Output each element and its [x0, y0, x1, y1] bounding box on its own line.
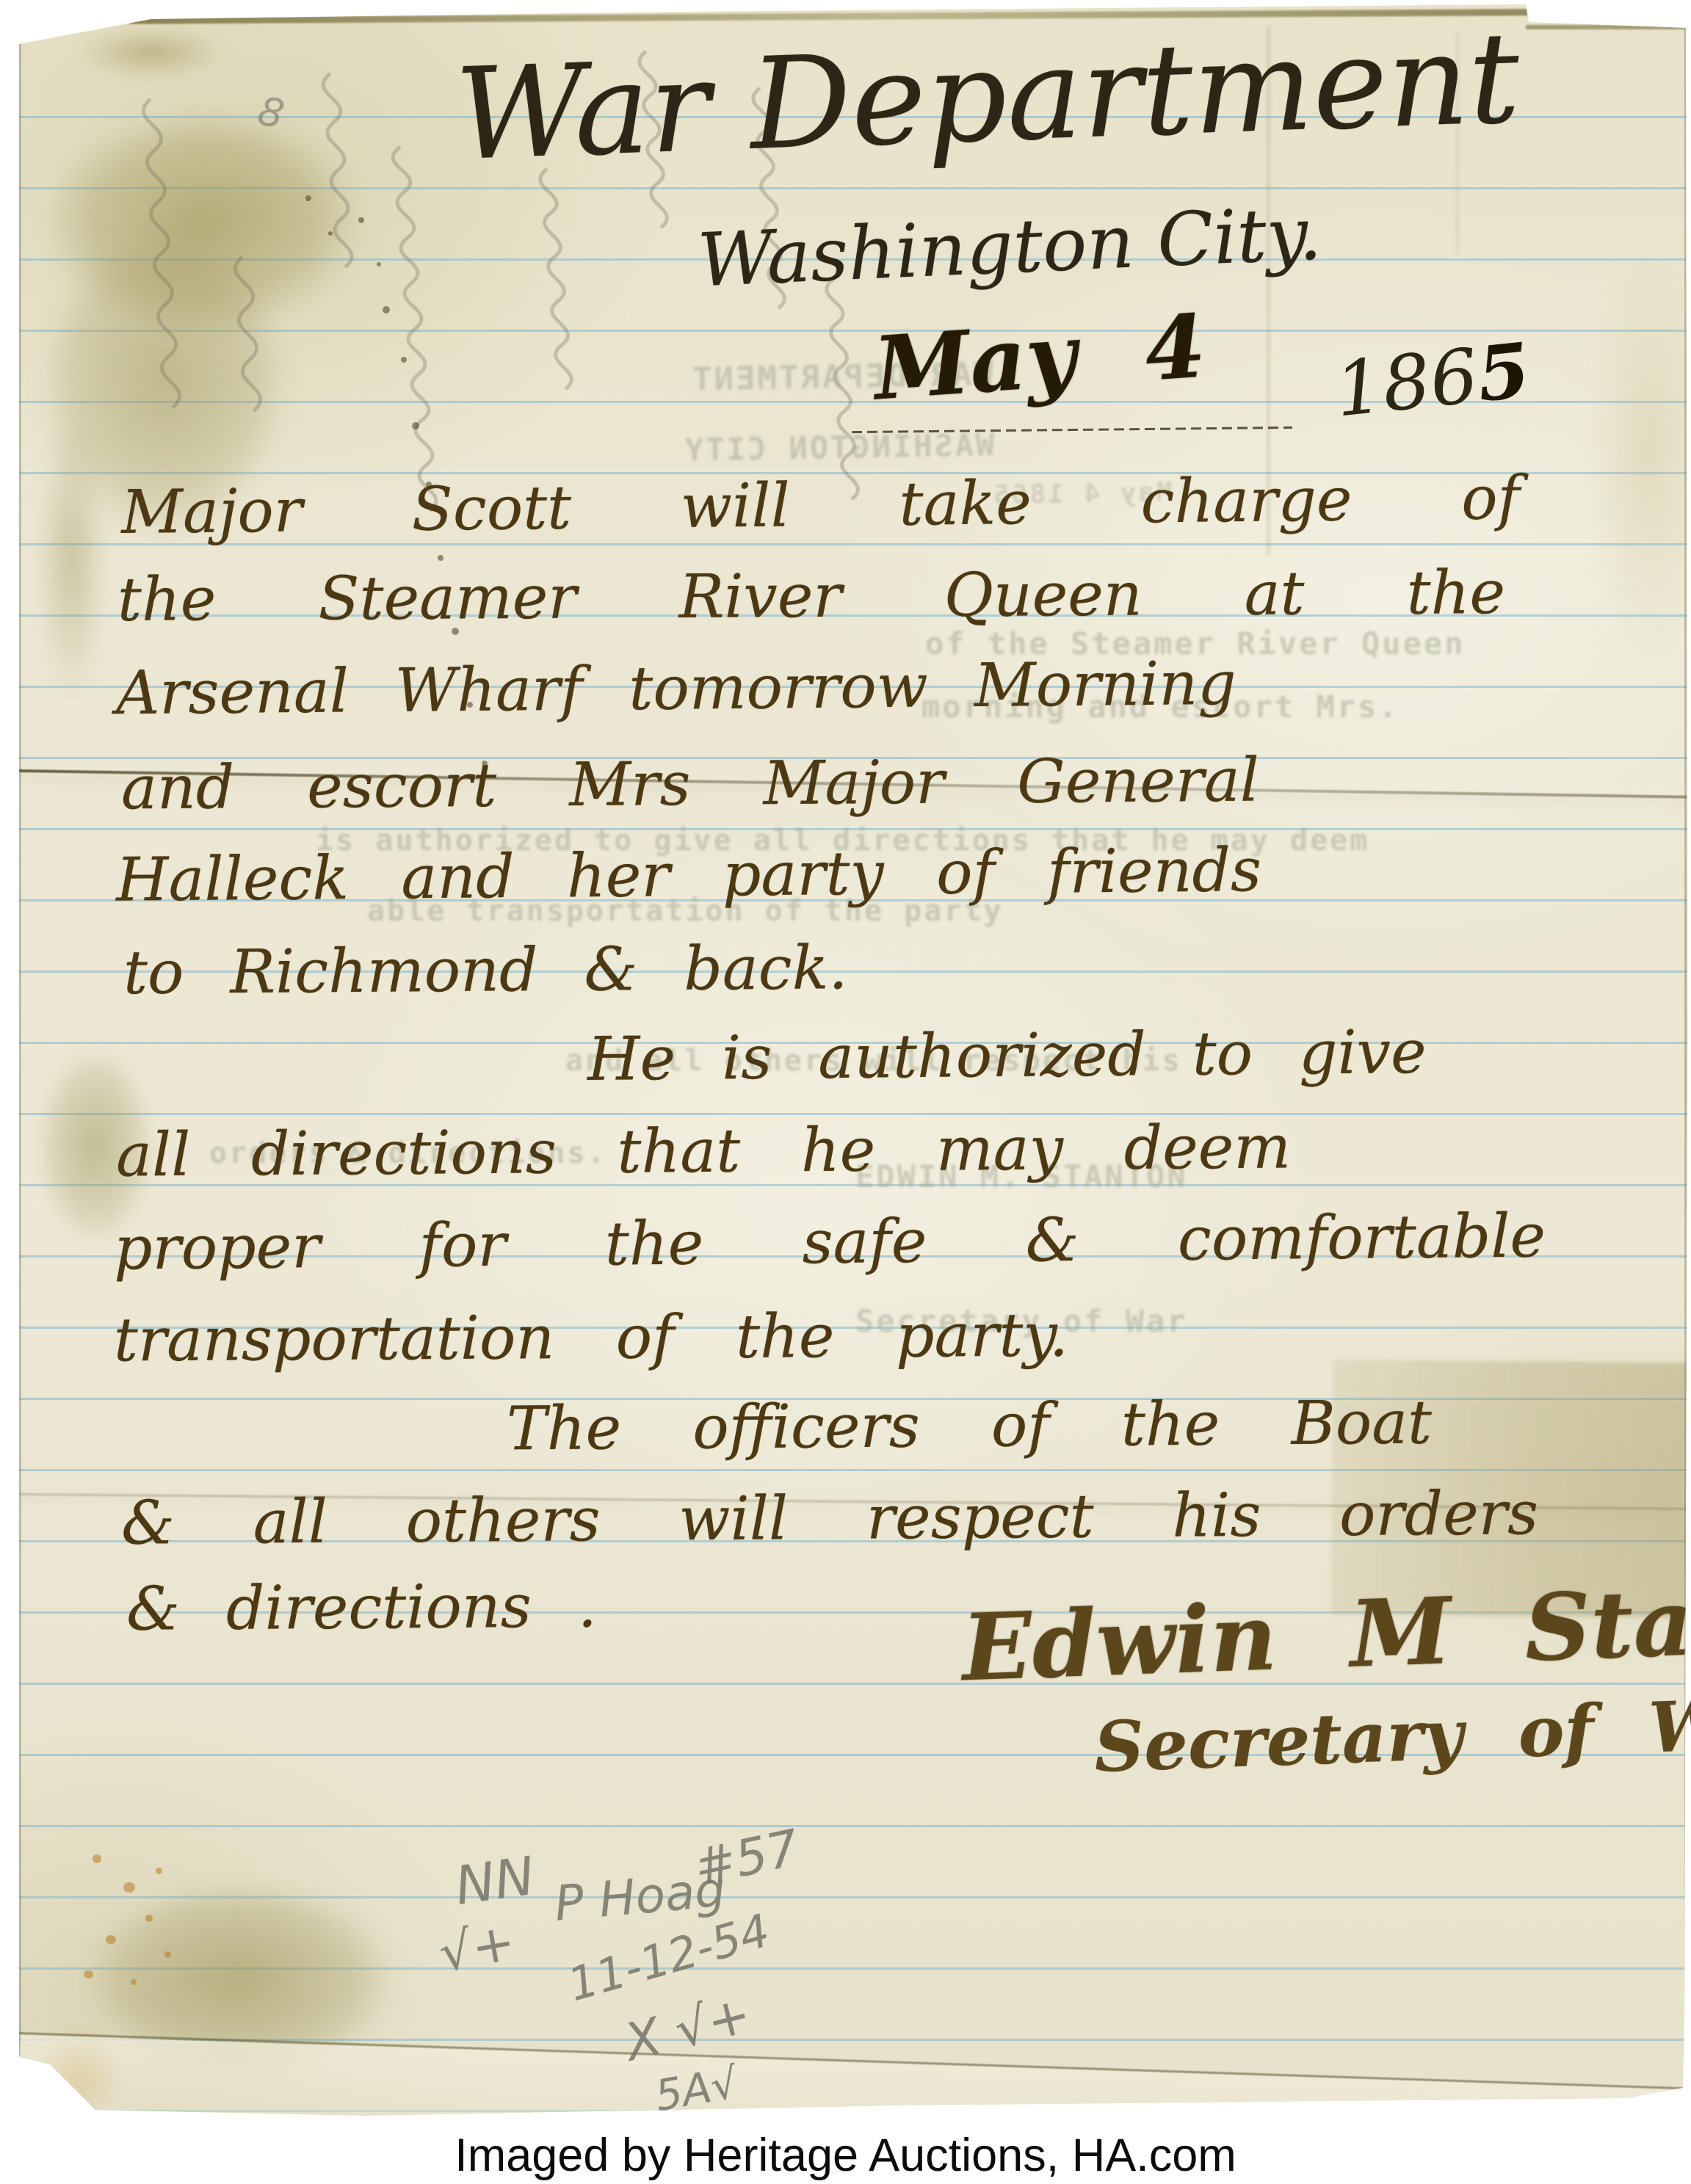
handwriting-line: The officers of the Boat	[507, 1393, 1433, 1460]
handwriting-line: all directions that he may deem	[116, 1117, 1292, 1186]
signature-title: Secretary of War	[1093, 1696, 1595, 1782]
handwriting-line: He is authorized to give	[587, 1023, 1425, 1090]
pencil-initials: NN	[452, 1845, 538, 1917]
foxing-speck	[106, 1935, 116, 1944]
handwriting-line: transportation of the party.	[114, 1306, 1068, 1371]
handwriting-line: Arsenal Wharf tomorrow Morning	[116, 655, 1159, 724]
handwriting-line: & all others will respect his orders	[121, 1484, 1539, 1553]
handwriting-line: Halleck and her party of friends	[116, 841, 1262, 911]
paper-left-edge	[19, 44, 21, 2056]
foxing-speck	[84, 1970, 93, 1978]
handwritten-year-digit: 5	[1473, 326, 1534, 419]
handwriting-line: Major Scott will take charge of	[121, 468, 1521, 543]
foxing-speck	[131, 1979, 137, 1985]
paper-right-edge	[1684, 29, 1687, 2089]
handwriting-line: proper for the safe & comfortable	[114, 1206, 1546, 1279]
handwriting-line: the Steamer River Queen at the	[117, 563, 1505, 631]
printed-year-prefix: 186	[1331, 333, 1482, 435]
photo-caption: Imaged by Heritage Auctions, HA.com	[0, 2127, 1691, 2184]
foxing-speck	[156, 1868, 162, 1874]
foxing-speck	[145, 1915, 153, 1922]
scanned-letter-photo: WAR DEPARTMENT WASHINGTON CITY May 4 186…	[0, 0, 1691, 2184]
signature-edwin-stanton: Edwin M Stanton	[960, 1581, 1609, 1695]
foxing-speck	[164, 1951, 171, 1958]
handwriting-line: and escort Mrs Major General	[121, 751, 1260, 819]
bleedthrough-text: WASHINGTON CITY	[683, 427, 995, 468]
foxing-speck	[123, 1882, 135, 1893]
paper-top-edge-step	[1526, 25, 1686, 29]
foxing-speck	[93, 1854, 101, 1863]
handwritten-date: May 4	[871, 302, 1208, 412]
handwriting-line: to Richmond & back.	[123, 939, 785, 1004]
handwriting-line: & directions .	[126, 1577, 524, 1640]
